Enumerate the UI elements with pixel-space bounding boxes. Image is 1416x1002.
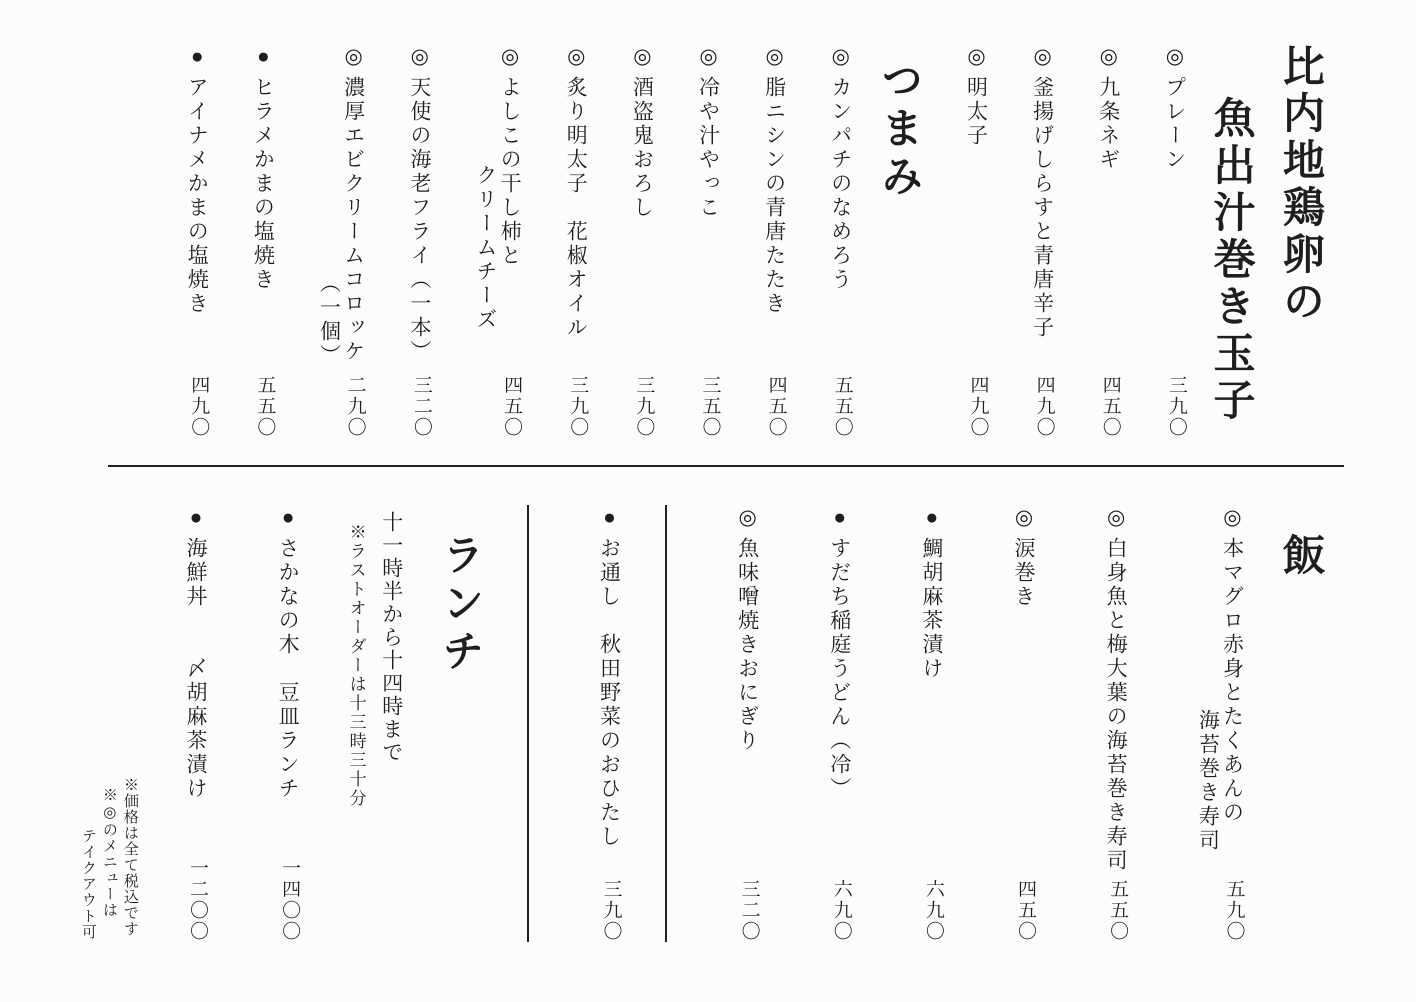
menu-item-name: 涙巻き <box>1012 537 1036 609</box>
menu-item-price: 二九〇 <box>342 375 366 438</box>
menu-item: ◎九条ネギ四五〇 <box>1097 44 1121 438</box>
bullet-mark-icon: ● <box>828 505 852 532</box>
section-header: 飯 <box>1274 505 1324 942</box>
takeout-mark-icon: ◎ <box>1012 505 1036 532</box>
menu-item: ●ヒラメかまの塩焼き五五〇 <box>251 44 275 438</box>
menu-title-line1: 比内地鶏卵の <box>1274 44 1324 438</box>
menu-item-name: アイナメかまの塩焼き <box>185 76 209 316</box>
menu-item-name: 釜揚げしらすと青唐辛子 <box>1030 76 1054 340</box>
menu-title-line2: 魚出汁巻き玉子 <box>1205 44 1255 438</box>
menu-item-name: 明太子 <box>964 76 988 148</box>
menu-item-price: 五九〇 <box>1220 879 1244 942</box>
menu-item-line: ◎本マグロ赤身とたくあんの五九〇 <box>1220 505 1244 942</box>
menu-item-head: ◎魚味噌焼きおにぎり <box>735 505 759 753</box>
menu-item-price: 四九〇 <box>185 375 209 438</box>
menu-item-name: 天使の海老フライ（一本） <box>408 76 432 364</box>
footnotes: ※価格は全て税込です※◎のメニューはテイクアウト可 <box>77 505 140 942</box>
menu-item-price: 三五〇 <box>696 375 720 438</box>
menu-item-line: ◎九条ネギ四五〇 <box>1097 44 1121 438</box>
menu-item: ◎白身魚と梅大葉の海苔巻き寿司五五〇 <box>1104 505 1128 942</box>
menu-item-price: 四五〇 <box>1012 879 1036 942</box>
menu-item-name: プレーン <box>1163 76 1187 172</box>
bullet-mark-icon: ● <box>184 505 208 532</box>
lunch-hours-note: ※ラストオーダーは十三時三十分 <box>346 505 366 942</box>
menu-item-name: 炙り明太子 花椒オイル <box>564 76 588 340</box>
menu-item-price: 三九〇 <box>1163 375 1187 438</box>
takeout-mark-icon: ◎ <box>763 44 787 71</box>
takeout-mark-icon: ◎ <box>1220 505 1244 532</box>
takeout-mark-icon: ◎ <box>342 44 366 71</box>
takeout-mark-icon: ◎ <box>964 44 988 71</box>
menu-item-price: 三九〇 <box>597 879 621 942</box>
menu-item: ◎酒盗鬼おろし三九〇 <box>630 44 654 438</box>
footnote-line: テイクアウト可 <box>77 505 98 942</box>
footnote-line: ※◎のメニューは <box>98 505 119 942</box>
menu-item-head: ●さかなの木 豆皿ランチ <box>276 505 300 801</box>
menu-item-price: 一四〇〇 <box>276 858 300 942</box>
takeout-mark-icon: ◎ <box>498 44 522 71</box>
menu-item-head: ●アイナメかまの塩焼き <box>185 44 209 316</box>
menu-item: ◎プレーン三九〇 <box>1163 44 1187 438</box>
bullet-mark-icon: ● <box>920 505 944 532</box>
menu-item-head: ◎九条ネギ <box>1097 44 1121 172</box>
menu-item-head: ◎釜揚げしらすと青唐辛子 <box>1030 44 1054 340</box>
menu-item-price: 一二〇〇 <box>184 858 208 942</box>
menu-item: ◎涙巻き四五〇 <box>1012 505 1036 942</box>
menu-item-head: ◎濃厚エビクリームコロッケ <box>342 44 366 364</box>
bullet-mark-icon: ● <box>276 505 300 532</box>
menu-item: ◎脂ニシンの青唐たたき四五〇 <box>763 44 787 438</box>
menu-item-price: 三二〇 <box>408 375 432 438</box>
menu-item-name-continued: 海苔巻き寿司 <box>1196 505 1220 942</box>
takeout-mark-icon: ◎ <box>564 44 588 71</box>
menu-item-head: ◎本マグロ赤身とたくあんの <box>1220 505 1244 825</box>
menu-item-name: お通し 秋田野菜のおひたし <box>597 537 621 849</box>
menu-title: 比内地鶏卵の 魚出汁巻き玉子 <box>1205 44 1324 438</box>
menu-item: ●海鮮丼 〆胡麻茶漬け一二〇〇 <box>184 505 208 942</box>
menu-item-line: ●さかなの木 豆皿ランチ一四〇〇 <box>276 505 300 942</box>
menu-item-name: 脂ニシンの青唐たたき <box>763 76 787 316</box>
menu-item-line: ●アイナメかまの塩焼き四九〇 <box>185 44 209 438</box>
menu-item: ◎炙り明太子 花椒オイル三九〇 <box>564 44 588 438</box>
menu-item: ●アイナメかまの塩焼き四九〇 <box>185 44 209 438</box>
bullet-mark-icon: ● <box>185 44 209 71</box>
menu-item-head: ◎天使の海老フライ（一本） <box>408 44 432 364</box>
takeout-mark-icon: ◎ <box>1097 44 1121 71</box>
menu-item: ◎明太子四九〇 <box>964 44 988 438</box>
menu-item: ◎よしこの干し柿と四五〇クリームチーズ <box>474 44 522 438</box>
menu-item-line: ●鯛胡麻茶漬け六九〇 <box>920 505 944 942</box>
menu-item-name: 九条ネギ <box>1097 76 1121 172</box>
section-header: つまみ <box>873 44 923 438</box>
menu-item-head: ●お通し 秋田野菜のおひたし <box>597 505 621 849</box>
menu-item-name-continued: クリームチーズ <box>474 44 498 438</box>
menu-item-name: すだち稲庭うどん（冷） <box>828 537 852 801</box>
menu-item: ◎魚味噌焼きおにぎり三二〇 <box>735 505 759 942</box>
menu-item-price: 四九〇 <box>1030 375 1054 438</box>
lunch-hours-note: 十一時半から十四時まで <box>380 505 404 942</box>
section-tamagoyaki-tsumami: 比内地鶏卵の 魚出汁巻き玉子 ◎プレーン三九〇◎九条ネギ四五〇◎釜揚げしらすと青… <box>0 0 1416 466</box>
menu-item-price: 三九〇 <box>564 375 588 438</box>
menu-item-line: ◎白身魚と梅大葉の海苔巻き寿司五五〇 <box>1104 505 1128 942</box>
menu-item-head: ◎プレーン <box>1163 44 1187 172</box>
menu-item-line: ●ヒラメかまの塩焼き五五〇 <box>251 44 275 438</box>
menu-item-line: ◎魚味噌焼きおにぎり三二〇 <box>735 505 759 942</box>
menu-item-head: ◎よしこの干し柿と <box>498 44 522 268</box>
menu-item-name-continued: （一個） <box>317 44 341 438</box>
menu-item-price: 六九〇 <box>828 879 852 942</box>
menu-item-line: ◎釜揚げしらすと青唐辛子四九〇 <box>1030 44 1054 438</box>
menu-item: ◎カンパチのなめろう五五〇 <box>829 44 853 438</box>
menu-item-name: 海鮮丼 〆胡麻茶漬け <box>184 537 208 801</box>
menu-item: ◎濃厚エビクリームコロッケ二九〇（一個） <box>317 44 365 438</box>
menu-item-line: ◎プレーン三九〇 <box>1163 44 1187 438</box>
menu-item: ◎釜揚げしらすと青唐辛子四九〇 <box>1030 44 1054 438</box>
menu-item-head: ◎酒盗鬼おろし <box>630 44 654 220</box>
menu-item: ◎天使の海老フライ（一本）三二〇 <box>408 44 432 438</box>
menu-item-price: 四五〇 <box>1097 375 1121 438</box>
menu-item-price: 四五〇 <box>763 375 787 438</box>
menu-item-price: 三二〇 <box>735 879 759 942</box>
menu-item: ●お通し 秋田野菜のおひたし三九〇 <box>597 505 621 942</box>
menu-item: ●鯛胡麻茶漬け六九〇 <box>920 505 944 942</box>
menu-item-price: 五五〇 <box>829 375 853 438</box>
takeout-mark-icon: ◎ <box>1030 44 1054 71</box>
takeout-mark-icon: ◎ <box>1163 44 1187 71</box>
menu-item-line: ●海鮮丼 〆胡麻茶漬け一二〇〇 <box>184 505 208 942</box>
menu-item-price: 五五〇 <box>1104 879 1128 942</box>
menu-item-name: 濃厚エビクリームコロッケ <box>342 76 366 364</box>
menu-item-line: ◎明太子四九〇 <box>964 44 988 438</box>
column-divider-rule <box>665 505 667 942</box>
menu-item-name: 鯛胡麻茶漬け <box>920 537 944 681</box>
menu-item: ◎本マグロ赤身とたくあんの五九〇海苔巻き寿司 <box>1196 505 1244 942</box>
menu-item-line: ◎炙り明太子 花椒オイル三九〇 <box>564 44 588 438</box>
menu-item-line: ◎濃厚エビクリームコロッケ二九〇 <box>342 44 366 438</box>
menu-item-price: 六九〇 <box>920 879 944 942</box>
menu-item-head: ●すだち稲庭うどん（冷） <box>828 505 852 801</box>
menu-item-head: ◎涙巻き <box>1012 505 1036 609</box>
menu-item-name: カンパチのなめろう <box>829 76 853 292</box>
section-header: ランチ <box>434 505 484 942</box>
footnote-line: ※価格は全て税込です <box>119 505 140 942</box>
menu-item-head: ◎冷や汁やっこ <box>696 44 720 220</box>
menu-item-head: ◎白身魚と梅大葉の海苔巻き寿司 <box>1104 505 1128 873</box>
takeout-mark-icon: ◎ <box>1104 505 1128 532</box>
menu-item-line: ◎涙巻き四五〇 <box>1012 505 1036 942</box>
menu-item-line: ◎酒盗鬼おろし三九〇 <box>630 44 654 438</box>
menu-item-line: ◎カンパチのなめろう五五〇 <box>829 44 853 438</box>
takeout-mark-icon: ◎ <box>696 44 720 71</box>
menu-item: ●すだち稲庭うどん（冷）六九〇 <box>828 505 852 942</box>
takeout-mark-icon: ◎ <box>630 44 654 71</box>
menu-item-name: ヒラメかまの塩焼き <box>251 76 275 292</box>
menu-item-head: ◎脂ニシンの青唐たたき <box>763 44 787 316</box>
menu-item: ◎冷や汁やっこ三五〇 <box>696 44 720 438</box>
menu-item-name: 本マグロ赤身とたくあんの <box>1220 537 1244 825</box>
menu-item-head: ◎炙り明太子 花椒オイル <box>564 44 588 340</box>
menu-item-line: ●お通し 秋田野菜のおひたし三九〇 <box>597 505 621 942</box>
menu-item-price: 三九〇 <box>630 375 654 438</box>
menu-item-head: ◎カンパチのなめろう <box>829 44 853 292</box>
menu-item-head: ◎明太子 <box>964 44 988 148</box>
takeout-mark-icon: ◎ <box>735 505 759 532</box>
menu-item-price: 五五〇 <box>251 375 275 438</box>
column-divider-rule <box>527 505 529 942</box>
menu-item-line: ◎脂ニシンの青唐たたき四五〇 <box>763 44 787 438</box>
menu-item-price: 四九〇 <box>964 375 988 438</box>
menu-item-head: ●海鮮丼 〆胡麻茶漬け <box>184 505 208 801</box>
menu-item-line: ●すだち稲庭うどん（冷）六九〇 <box>828 505 852 942</box>
menu-page: 比内地鶏卵の 魚出汁巻き玉子 ◎プレーン三九〇◎九条ネギ四五〇◎釜揚げしらすと青… <box>0 0 1416 1002</box>
menu-item-name: 冷や汁やっこ <box>696 76 720 220</box>
menu-item-head: ●ヒラメかまの塩焼き <box>251 44 275 292</box>
menu-item-name: 白身魚と梅大葉の海苔巻き寿司 <box>1104 537 1128 873</box>
menu-item-line: ◎天使の海老フライ（一本）三二〇 <box>408 44 432 438</box>
menu-item: ●さかなの木 豆皿ランチ一四〇〇 <box>276 505 300 942</box>
menu-item-name: 魚味噌焼きおにぎり <box>735 537 759 753</box>
menu-item-price: 四五〇 <box>498 375 522 438</box>
menu-item-name: さかなの木 豆皿ランチ <box>276 537 300 801</box>
menu-item-name: よしこの干し柿と <box>498 76 522 268</box>
section-meshi-lunch: 飯◎本マグロ赤身とたくあんの五九〇海苔巻き寿司◎白身魚と梅大葉の海苔巻き寿司五五… <box>0 466 1416 1002</box>
bullet-mark-icon: ● <box>597 505 621 532</box>
takeout-mark-icon: ◎ <box>829 44 853 71</box>
menu-item-line: ◎冷や汁やっこ三五〇 <box>696 44 720 438</box>
menu-item-head: ●鯛胡麻茶漬け <box>920 505 944 681</box>
bullet-mark-icon: ● <box>251 44 275 71</box>
menu-item-name: 酒盗鬼おろし <box>630 76 654 220</box>
takeout-mark-icon: ◎ <box>408 44 432 71</box>
menu-item-line: ◎よしこの干し柿と四五〇 <box>498 44 522 438</box>
